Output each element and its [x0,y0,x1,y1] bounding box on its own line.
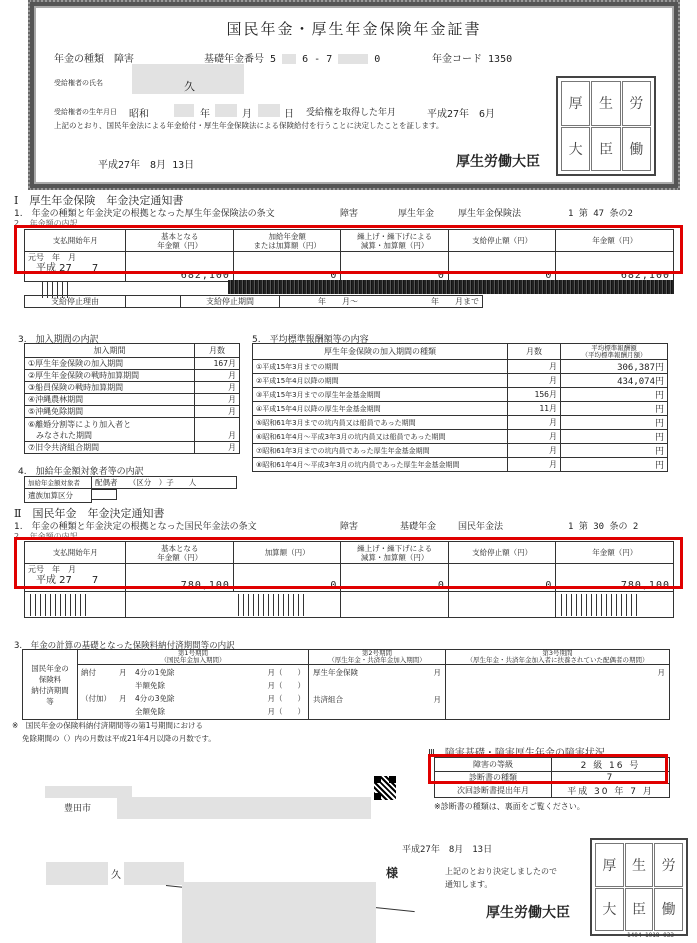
avg-remuneration: 434,074円 [561,374,668,388]
section-1-item2-label: 2. 年金額の内訳 [14,218,78,229]
adjust-amount: 0 [341,564,448,592]
col-third-period: 第3号期間 （厚生年金・共済年金加入者に扶養されていた配偶者の期間） [446,650,670,665]
redaction [124,862,184,885]
col-amount: 平均標準報酬額 （平均標準報酬月額） [561,344,668,360]
redaction [282,54,296,64]
period-label: ⑤沖縄免除期間 [25,406,195,418]
col-addition: 加算額（円） [233,542,340,564]
exemption-lead: （付加） [81,693,119,704]
disability-label: 診断書の種類 [435,772,552,784]
scan-artifact-row [25,592,674,618]
qr-code [374,776,396,800]
stopped-amount: 0 [448,252,555,282]
certificate-date: 平成27年 8月 13日 [98,156,194,171]
col-start: 支払開始年月 [25,230,126,252]
table-row: ⑤沖縄免除期間 月 [25,406,240,418]
col-months: 月数 [508,344,561,360]
col-first-period: 第1号期間 （国民年金加入期間） [78,650,309,665]
start-date: 平成 27 7 [28,263,122,274]
stopped-amount: 0 [448,564,555,592]
disability-note: ※診断書の種類は、裏面をご覧ください。 [434,801,585,812]
seal-char: 労 [622,81,651,126]
redaction [46,862,108,885]
col-total: 年金額（円） [556,542,674,564]
exemption-prefix: 月 [119,693,135,704]
period-months: 月 [195,370,240,382]
period-months: 月 [195,394,240,406]
stop-reason-label: 支給停止理由 [25,296,126,308]
holder-name-visible: 久 [184,78,195,94]
avg-remuneration: 円 [561,430,668,444]
col-start: 支払開始年月 [25,542,126,564]
exemption-months: 月（ ） [195,706,305,717]
stop-info-table: 支給停止理由 支給停止期間 年 月〜 年 月まで [24,295,483,308]
exemption-prefix: 月 [119,667,135,678]
stop-period-from: 年 月〜 [280,296,397,308]
exemption-lead: 納付 [81,667,119,678]
base-amount: 780,100 [126,564,233,592]
addition-amount: 0 [233,564,340,592]
basic-number-part-2: 6 - 7 [302,54,332,65]
mutual-aid-value: 月 [434,694,442,705]
third-period-value: 月 [446,665,670,720]
avg-remuneration: 円 [561,444,668,458]
exemption-prefix [119,706,135,717]
employee-insurance-value: 月 [434,667,442,678]
table-row: ⑦旧令共済組合期間 月 [25,442,240,454]
table-row: ⑦昭和61年3月までの坑内員であった厚生年金基金期間 月 円 [253,444,668,458]
seal-char: 大 [595,888,624,932]
disability-label: 障害の等級 [435,758,552,772]
period-kind: ⑧昭和61年4月〜平成3年3月の坑内員であった厚生年金基金期間 [253,458,508,472]
table-row: ⑤昭和61年3月までの坑内員又は船員であった期間 月 円 [253,416,668,430]
col-stopped: 支給停止額（円） [448,230,555,252]
footer-date: 平成27年 8月 13日 [402,842,492,855]
footer-notice-2: 通知します。 [445,879,492,890]
contribution-left-label: 国民年金の 保険料 納付済期間 等 [23,650,78,720]
period-months: 月 [508,444,561,458]
exemption-name: 4分の3免除 [135,693,195,704]
col-kind: 厚生年金保険の加入期間の種類 [253,344,508,360]
basic-number-part-1: 5 [270,54,276,65]
section-2-kind: 基礎年金 [400,519,436,532]
pension-code-value: 1350 [488,54,512,65]
certificate-title: 国民年金・厚生年金保険年金証書 [34,18,674,39]
footer-minister: 厚生労働大臣 [486,902,570,922]
era-header: 元号 年 月 [28,252,122,263]
table-row: ③平成15年3月までの厚生年金基金期間 156月 円 [253,388,668,402]
col-stopped: 支給停止額（円） [448,542,555,564]
table-row: ①厚生年金保険の加入期間 167月 [25,358,240,370]
table-row: 次回診断書提出年月 平成 30 年 7 月 [435,784,670,798]
section-2-amount-table: 支払開始年月 基本となる 年金額（円） 加算額（円） 繰上げ・繰下げによる 減算… [24,541,674,618]
footer-official-seal: 厚 生 労 大 臣 働 [590,838,688,936]
col-second-period: 第2号期間 （厚生年金・共済年金加入期間） [309,650,446,665]
remuneration-table: 厚生年金保険の加入期間の種類 月数 平均標準報酬額 （平均標準報酬月額） ①平成… [252,343,668,472]
exemption-lead [81,706,119,717]
basic-number-part-3: 0 [374,54,380,65]
period-months: 月 [508,430,561,444]
seal-char: 労 [654,843,683,887]
disability-value: 平成 30 年 7 月 [552,784,670,798]
stop-period-label: 支給停止期間 [181,296,280,308]
footer-honorific: 様 [386,864,398,881]
table-row: ⑧昭和61年4月〜平成3年3月の坑内員であった厚生年金基金期間 月 円 [253,458,668,472]
period-months: 167月 [195,358,240,370]
dependents-label: 加給年金額対象者 [25,477,92,489]
acquired-value: 平成27年 6月 [427,105,495,120]
employee-insurance-label: 厚生年金保険 [313,667,358,678]
seal-char: 厚 [561,81,590,126]
redaction [258,104,280,117]
footer-name-visible: 久 [111,866,121,881]
redaction [174,104,194,117]
period-kind: ③平成15年3月までの厚生年金基金期間 [253,388,508,402]
period-kind: ④平成15年4月以降の厚生年金基金期間 [253,402,508,416]
col-period: 加入期間 [25,344,195,358]
table-row: 診断書の種類 7 [435,772,670,784]
exemption-name: 全額免除 [135,706,195,717]
avg-remuneration: 306,387円 [561,360,668,374]
section-1-article: 1 第 47 条の2 [568,206,633,219]
dependents-table: 加給年金額対象者 配偶者 （区分 ）子 人 遺族加算区分 [24,476,237,503]
era-header: 元号 年 月 [28,564,122,575]
table-row: ①平成15年3月までの期間 月 306,387円 [253,360,668,374]
start-date: 平成 27 7 [28,575,122,586]
holder-name-label: 受給権者の氏名 [54,78,103,88]
official-seal: 厚 生 労 大 臣 働 [556,76,656,176]
disability-value: 2 級 16 号 [552,758,670,772]
basic-number-row: 基礎年金番号 5 6 - 7 0 [204,50,380,65]
period-months: 月 [508,360,561,374]
col-total: 年金額（円） [556,230,674,252]
section-1-kind: 厚生年金 [398,206,434,219]
redaction [338,54,368,64]
section-2-law: 国民年金法 [458,519,503,532]
period-kind: ⑤昭和61年3月までの坑内員又は船員であった期間 [253,416,508,430]
period-months: 月 [195,406,240,418]
col-months: 月数 [195,344,240,358]
total-amount: 682,100 [556,252,674,282]
birth-month-unit: 月 [242,105,252,120]
avg-remuneration: 円 [561,416,668,430]
redaction [215,104,237,117]
scan-artifact [228,280,674,294]
birth-day-unit: 日 [284,105,294,120]
stop-period-to: 年 月まで [396,296,483,308]
avg-remuneration: 円 [561,402,668,416]
period-months: 月 [508,374,561,388]
contribution-table: 国民年金の 保険料 納付済期間 等 第1号期間 （国民年金加入期間） 第2号期間… [22,649,670,720]
footer-notice-1: 上記のとおり決定しましたので [445,866,557,877]
period-label: ⑦旧令共済組合期間 [25,442,195,454]
survivor-label: 遺族加算区分 [25,489,92,503]
col-base: 基本となる 年金額（円） [126,542,233,564]
section-1-type: 障害 [340,206,358,219]
period-label: ⑥離婚分割等により加入者と みなされた期間 [25,418,195,442]
redaction [182,882,376,943]
seal-char: 厚 [595,843,624,887]
table-row: ④平成15年4月以降の厚生年金基金期間 11月 円 [253,402,668,416]
pension-code-label: 年金コード [432,54,482,65]
birth-label: 受給権者の生年月日 [54,107,117,117]
exemption-lead [81,680,119,691]
exemption-months: 月（ ） [195,693,305,704]
period-months: 11月 [508,402,561,416]
footer-city: 豊田市 [64,801,91,814]
seal-char: 働 [654,888,683,932]
pension-type-label: 年金の種類 [54,54,104,65]
period-months: 月 [195,382,240,394]
base-amount: 682,100 [126,252,233,282]
disability-table: 障害の等級 2 級 16 号診断書の種類 7次回診断書提出年月 平成 30 年 … [434,757,670,798]
dependents-value: 配偶者 （区分 ）子 人 [92,477,237,489]
birth-era: 昭和 [129,105,149,120]
second-period-cell: 厚生年金保険月 共済組合月 [309,665,446,720]
certificate-minister: 厚生労働大臣 [456,151,540,171]
table-row: ⑥昭和61年4月〜平成3年3月の坑内員又は船員であった期間 月 円 [253,430,668,444]
redaction [117,797,371,819]
seal-char: 臣 [591,127,620,172]
period-months: 月 [508,458,561,472]
period-label: ②厚生年金保険の戦時加算期間 [25,370,195,382]
table-row: 障害の等級 2 級 16 号 [435,758,670,772]
total-amount: 780,100 [556,564,674,592]
seal-char: 生 [625,843,654,887]
section-1-law: 厚生年金保険法 [458,206,521,219]
contribution-note-2: 免除期間の（）内の月数は平成21年4月以降の月数です。 [22,733,216,744]
mutual-aid-label: 共済組合 [313,694,343,705]
avg-remuneration: 円 [561,458,668,472]
period-kind: ⑥昭和61年4月〜平成3年3月の坑内員又は船員であった期間 [253,430,508,444]
certificate-statement: 上記のとおり、国民年金法による年金給付・厚生年金保険法による保険給付を行うことに… [54,120,443,131]
col-base: 基本となる 年金額（円） [126,230,233,252]
table-row: ⑥離婚分割等により加入者と みなされた期間 月 [25,418,240,442]
table-row: ②厚生年金保険の戦時加算期間 月 [25,370,240,382]
period-kind: ②平成15年4月以降の期間 [253,374,508,388]
section-2-type: 障害 [340,519,358,532]
exemption-name: 4分の1免除 [135,667,195,678]
avg-remuneration: 円 [561,388,668,402]
period-months: 月 [195,418,240,442]
table-row: ③船員保険の戦時加算期間 月 [25,382,240,394]
contribution-note-1: ※ 国民年金の保険料納付済期間等の第1号期間における [12,720,203,731]
period-label: ④沖縄農林期間 [25,394,195,406]
table-row: 元号 年 月 平成 27 7 780,100 0 0 0 780,100 [25,564,674,592]
period-months: 月 [195,442,240,454]
seal-char: 生 [591,81,620,126]
acquired-label: 受給権を取得した年月 [306,105,396,118]
exemption-prefix [119,680,135,691]
table-row: 元号 年 月 平成 27 7 682,100 0 0 0 682,100 [25,252,674,282]
first-period-cell: 納付 月 4分の1免除 月（ ） 半額免除 月（ ）（付加） 月 4分の3免除 … [78,665,309,720]
seal-char: 臣 [625,888,654,932]
period-kind: ①平成15年3月までの期間 [253,360,508,374]
adjust-amount: 0 [341,252,448,282]
exemption-months: 月（ ） [195,667,305,678]
period-months: 月 [508,416,561,430]
col-addition: 加給年金額 または加算額（円） [233,230,340,252]
serial-number: 1404 1018 033 [627,932,674,939]
exemption-name: 半額免除 [135,680,195,691]
enrollment-table: 加入期間 月数 ①厚生年金保険の加入期間 167月②厚生年金保険の戦時加算期間 … [24,343,240,454]
certificate-frame: 国民年金・厚生年金保険年金証書 年金の種類 障害 基礎年金番号 5 6 - 7 … [30,2,678,188]
section-2-article: 1 第 30 条の 2 [568,519,638,532]
period-label: ①厚生年金保険の加入期間 [25,358,195,370]
pension-code-row: 年金コード 1350 [432,50,512,65]
period-label: ③船員保険の戦時加算期間 [25,382,195,394]
col-adjust: 繰上げ・繰下げによる 減算・加算額（円） [341,230,448,252]
addition-amount: 0 [233,252,340,282]
table-row: ④沖縄農林期間 月 [25,394,240,406]
table-row: ②平成15年4月以降の期間 月 434,074円 [253,374,668,388]
period-months: 156月 [508,388,561,402]
birth-year-unit: 年 [200,105,210,120]
col-adjust: 繰上げ・繰下げによる 減算・加算額（円） [341,542,448,564]
period-kind: ⑦昭和61年3月までの坑内員であった厚生年金基金期間 [253,444,508,458]
exemption-months: 月（ ） [195,680,305,691]
disability-value: 7 [552,772,670,784]
seal-char: 大 [561,127,590,172]
seal-char: 働 [622,127,651,172]
section-1-amount-table: 支払開始年月 基本となる 年金額（円） 加給年金額 または加算額（円） 繰上げ・… [24,229,674,282]
pension-type-row: 年金の種類 障害 [54,50,134,65]
disability-label: 次回診断書提出年月 [435,784,552,798]
